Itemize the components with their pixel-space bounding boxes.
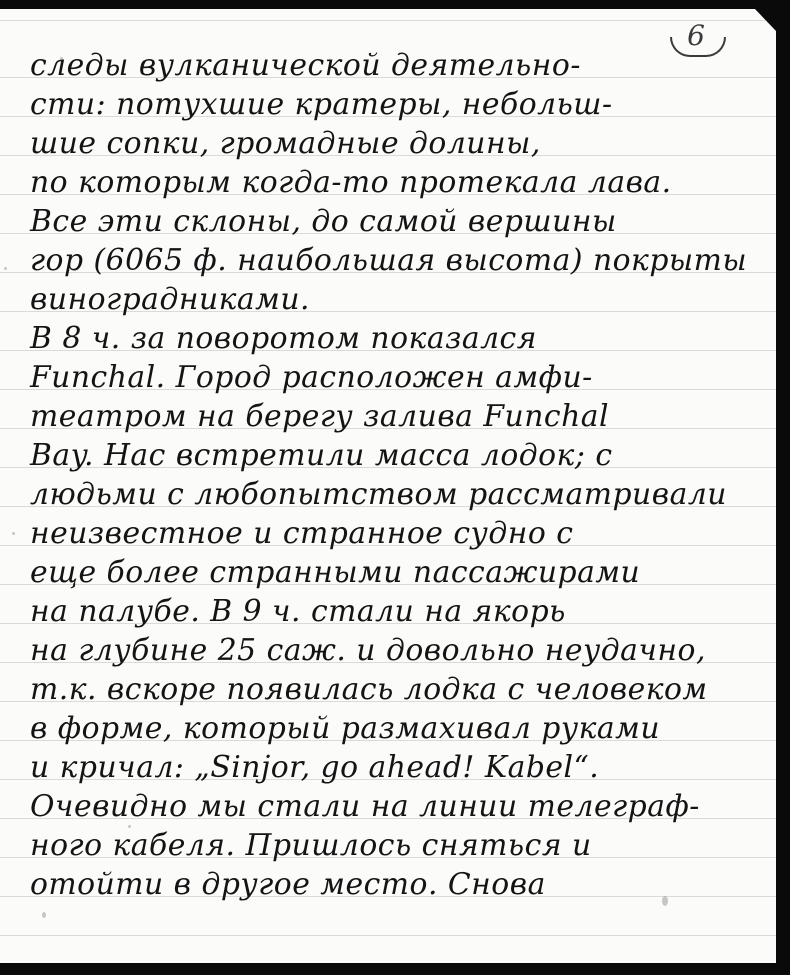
text-line: Очевидно мы стали на линии телеграф- xyxy=(30,787,765,826)
text-line: на глубине 25 саж. и довольно неудачно, xyxy=(30,631,765,670)
text-line: людьми с любопытством рассматривали xyxy=(30,475,765,514)
paper-speck xyxy=(42,912,46,918)
text-line: сти: потухшие кратеры, небольш- xyxy=(30,85,765,124)
text-line: шие сопки, громадные долины, xyxy=(30,124,765,163)
manuscript-page: 6 следы вулканической деятельно- сти: по… xyxy=(0,9,776,963)
text-line: гор (6065 ф. наибольшая высота) покрыты xyxy=(30,241,765,280)
text-line: виноградниками. xyxy=(30,280,765,319)
text-line: В 8 ч. за поворотом показался xyxy=(30,319,765,358)
text-line: ного кабеля. Пришлось сняться и xyxy=(30,826,765,865)
text-line: следы вулканической деятельно- xyxy=(30,46,765,85)
text-line: неизвестное и странное судно с xyxy=(30,514,765,553)
text-line: Все эти склоны, до самой вершины xyxy=(30,202,765,241)
text-line: еще более странными пассажирами xyxy=(30,553,765,592)
paper-speck xyxy=(60,57,63,60)
paper-speck xyxy=(4,267,7,270)
scan-bottom-border xyxy=(0,963,790,975)
text-line: отойти в другое место. Снова xyxy=(30,865,765,904)
paper-speck xyxy=(662,896,668,906)
text-line: по которым когда-то протекала лава. xyxy=(30,163,765,202)
text-line: Funchal. Город расположен амфи- xyxy=(30,358,765,397)
text-line: театром на берегу залива Funchal xyxy=(30,397,765,436)
paper-speck xyxy=(12,532,15,535)
paper-speck xyxy=(128,825,131,828)
handwritten-text: следы вулканической деятельно- сти: поту… xyxy=(30,46,770,904)
text-line: на палубе. В 9 ч. стали на якорь xyxy=(30,592,765,631)
text-line: и кричал: „Sinjor, go ahead! Kabel“. xyxy=(30,748,765,787)
text-line: в форме, который размахивал руками xyxy=(30,709,765,748)
text-line: Bay. Нас встретили масса лодок; с xyxy=(30,436,765,475)
text-line: т.к. вскоре появилась лодка с человеком xyxy=(30,670,765,709)
